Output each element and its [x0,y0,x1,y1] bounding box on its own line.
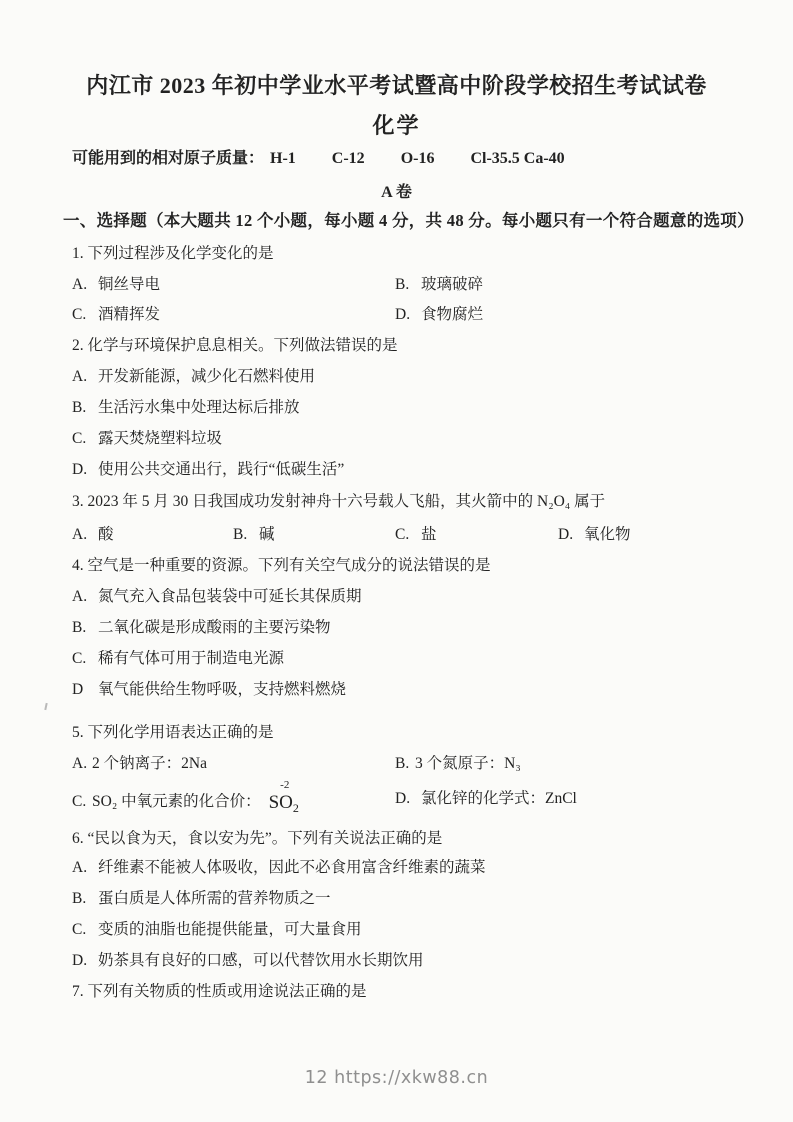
option-label: D. [395,789,421,808]
option-label: B. [72,618,98,637]
formula-element: O [279,792,293,813]
scan-artifact [44,703,47,710]
option: B.碱 [233,525,275,544]
option-label: D. [72,460,98,479]
option: D.奶茶具有良好的口感，可以代替饮用水长期饮用 [72,951,757,970]
option-text: 3 个氮原子：N₃ [415,755,521,772]
option-text: 2 个钠离子：2Na [92,755,207,772]
option-text: 酒精挥发 [98,306,160,323]
atomic-masses-label: 可能用到的相对原子质量： [72,150,264,167]
option: C.稀有气体可用于制造电光源 [72,649,757,668]
atomic-mass-item: Cl-35.5 Ca-40 [470,149,564,169]
option-text: 二氧化碳是形成酸雨的主要污染物 [98,619,331,636]
question-4-stem: 4. 空气是一种重要的资源。下列有关空气成分的说法错误的是 [72,556,757,575]
option-text: 铜丝导电 [98,276,160,293]
option-label: C. [72,305,98,324]
footer-watermark: 12 https://xkw88.cn [0,1068,793,1088]
option: A.氮气充入食品包装袋中可延长其保质期 [72,587,757,606]
valence-number: -2 [280,780,289,791]
option-text: 奶茶具有良好的口感，可以代替饮用水长期饮用 [98,952,424,969]
option-text: SO₂ 中氧元素的化合价： [92,793,261,810]
option-label: B. [233,525,259,544]
atomic-mass-item: H-1 [270,149,296,169]
option-label: B. [395,754,415,773]
option-label: D. [395,305,421,324]
option: A.2 个钠离子：2Na [72,754,207,773]
question-7-stem: 7. 下列有关物质的性质或用途说法正确的是 [72,982,757,1001]
option-label: A. [72,367,98,386]
option-label: D. [72,951,98,970]
option-text: 食物腐烂 [421,306,483,323]
exam-page: 内江市 2023 年初中学业水平考试暨高中阶段学校招生考试试卷 化学 可能用到的… [0,0,793,1122]
option: D.氯化锌的化学式：ZnCl [395,789,577,808]
exam-subject: 化学 [0,112,793,140]
formula-subscript: 2 [293,801,299,815]
atomic-mass-item: C-12 [332,149,365,169]
option-text: 氧气能供给生物呼吸，支持燃料燃烧 [98,681,346,698]
option: A.铜丝导电 [72,275,160,294]
option-label: C. [72,429,98,448]
exam-title: 内江市 2023 年初中学业水平考试暨高中阶段学校招生考试试卷 [0,72,793,100]
valence-formula: S-2O2 [269,791,299,816]
option: B.玻璃破碎 [395,275,483,294]
option-label: C. [72,920,98,939]
option: D.氧化物 [558,525,631,544]
option: B.蛋白质是人体所需的营养物质之一 [72,889,757,908]
option-text: 使用公共交通出行，践行“低碳生活” [98,461,344,478]
option: D.使用公共交通出行，践行“低碳生活” [72,460,757,479]
paper-a-label: A 卷 [0,183,793,203]
option-label: A. [72,587,98,606]
option-label: C. [395,525,421,544]
option: C.酒精挥发 [72,305,160,324]
question-6-stem: 6. “民以食为天，食以安为先”。下列有关说法正确的是 [72,829,757,848]
option: C.盐 [395,525,437,544]
option-text: 生活污水集中处理达标后排放 [98,399,300,416]
option-label: B. [72,889,98,908]
option-label: C. [72,649,98,668]
formula-oxygen-with-valence: -2O [279,791,293,815]
question-5-stem: 5. 下列化学用语表达正确的是 [72,723,757,742]
option-label: B. [395,275,421,294]
formula-element: S [269,792,280,813]
option: B.生活污水集中处理达标后排放 [72,398,757,417]
option-text: 玻璃破碎 [421,276,483,293]
option-label: A. [72,275,98,294]
option-text: 变质的油脂也能提供能量，可大量食用 [98,921,362,938]
option-label: D. [558,525,584,544]
option: C.变质的油脂也能提供能量，可大量食用 [72,920,757,939]
atomic-masses: 可能用到的相对原子质量：H-1C-12O-16Cl-35.5 Ca-40 [72,149,757,169]
question-3-stem: 3. 2023 年 5 月 30 日我国成功发射神舟十六号载人飞船，其火箭中的 … [72,492,757,511]
question-2-stem: 2. 化学与环境保护息息相关。下列做法错误的是 [72,336,757,355]
option-text: 氧化物 [584,526,631,543]
option-label: D [72,680,98,699]
atomic-mass-item: O-16 [401,149,435,169]
option-text: 氯化锌的化学式：ZnCl [421,790,577,807]
section-title: 一、选择题（本大题共 12 个小题，每小题 4 分，共 48 分。每小题只有一个… [63,211,757,232]
option-text: 露天焚烧塑料垃圾 [98,430,222,447]
option: B.3 个氮原子：N₃ [395,754,521,773]
option: A.酸 [72,525,114,544]
option: C.露天焚烧塑料垃圾 [72,429,757,448]
option: A.开发新能源，减少化石燃料使用 [72,367,757,386]
option: B.二氧化碳是形成酸雨的主要污染物 [72,618,757,637]
option-label: B. [72,398,98,417]
option: D.食物腐烂 [395,305,483,324]
option: A.纤维素不能被人体吸收，因此不必食用富含纤维素的蔬菜 [72,858,757,877]
option-text: 酸 [98,526,114,543]
option-text: 蛋白质是人体所需的营养物质之一 [98,890,331,907]
option-label: A. [72,754,92,773]
option: D氧气能供给生物呼吸，支持燃料燃烧 [72,680,757,699]
option: C.SO₂ 中氧元素的化合价：S-2O2 [72,789,299,814]
option-label: C. [72,792,92,811]
option-label: A. [72,525,98,544]
option-text: 氮气充入食品包装袋中可延长其保质期 [98,588,362,605]
question-1-stem: 1. 下列过程涉及化学变化的是 [72,244,757,263]
option-text: 稀有气体可用于制造电光源 [98,650,284,667]
option-label: A. [72,858,98,877]
option-text: 盐 [421,526,437,543]
option-text: 纤维素不能被人体吸收，因此不必食用富含纤维素的蔬菜 [98,859,486,876]
option-text: 开发新能源，减少化石燃料使用 [98,368,315,385]
option-text: 碱 [259,526,275,543]
